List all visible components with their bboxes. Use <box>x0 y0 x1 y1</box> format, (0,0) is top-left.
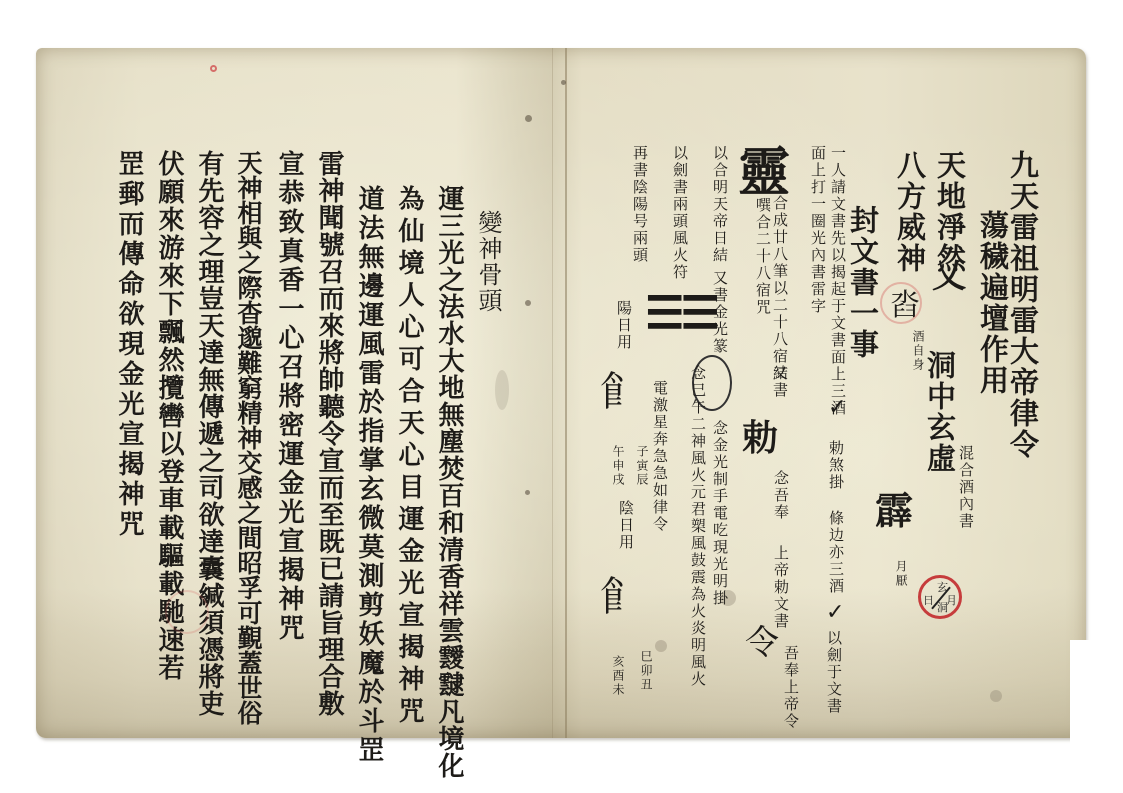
instruction-column: 再書陰陽号兩頭 <box>632 145 647 264</box>
instruction-column: 一人請文書先以揭起于文書面上三酒 <box>830 145 845 417</box>
instruction-column: 面上打一圈光內書雷字 <box>810 145 825 315</box>
yang-talisman-char: 𩙿 <box>600 360 640 417</box>
text-column: 宣恭致真香一心召將密運金光宣揭神咒 <box>276 150 302 643</box>
instruction-column: 合成廿八筆以二十八宿結 <box>772 195 787 382</box>
binding-hole <box>525 490 530 495</box>
text-column: 天神相與之際杳邈難窮精神交感之間昭孚可覲蓋世俗 <box>236 150 261 725</box>
stain <box>495 370 509 410</box>
torn-edge <box>1070 640 1100 750</box>
instruction-column: 念吾奉 <box>773 470 788 521</box>
text-column: 罡郵而傳命欲現金光宣揭神咒 <box>116 150 142 540</box>
instruction-column: 念金光制手電吃現光明掛 <box>712 420 727 607</box>
trigram-lines-icon: ☰☰ <box>645 288 716 339</box>
annotation: 混合酒內書 <box>958 445 973 530</box>
text-column: 為仙境人心可合天心目運金光宣揭神咒 <box>396 185 422 729</box>
instruction-column: 吾奉上帝令 <box>783 645 798 730</box>
text-column: 蕩穢遍壇作用 <box>978 210 1007 396</box>
instruction-column: 念巳午二神風火元君槊風鼓震為火炎明風火 <box>690 365 705 688</box>
instruction-column: 勅煞掛 <box>828 440 843 491</box>
binding-hole <box>525 300 531 306</box>
ling-talisman-char: 靈 <box>738 130 790 205</box>
check-stroke-icon: ✓ <box>826 600 844 625</box>
thunder-talisman-char: 霹 <box>875 480 913 535</box>
center-fold-shadow <box>552 48 553 738</box>
branch-list: 亥酉未 <box>612 655 624 697</box>
binding-hole <box>525 115 532 122</box>
branch-list: 子寅辰 <box>636 445 648 487</box>
cross-mark-icon: 乂 <box>932 248 966 297</box>
instruction-column: 又書 <box>772 365 787 399</box>
command-char: 令 <box>745 615 779 664</box>
text-column: 道法無邊運風雷於指掌玄微莫測剪妖魔於斗罡 <box>356 185 382 765</box>
branch-list: 巳卯丑 <box>640 650 652 692</box>
round-seal-stamp: 玄 日 月 洞 <box>918 575 962 619</box>
faint-red-mark <box>165 590 209 634</box>
text-column: 有先容之理豈天達無傳遞之司欲達囊緘須憑將吏 <box>196 150 222 717</box>
instruction-column: 以劍書兩頭風火符 <box>672 145 687 281</box>
instruction-column: 以劍于文書 <box>826 630 841 715</box>
text-column: 運三光之法水大地無塵焚百和清香祥雲靉靆凡境化 <box>436 185 462 779</box>
branch-list: 午申戌 <box>612 445 624 487</box>
stain <box>990 690 1002 702</box>
instruction-column: 電激星奔急急如律令 <box>652 380 667 533</box>
instruction-column: 以合明天帝日結 <box>712 145 727 264</box>
stain <box>655 640 667 652</box>
annotation: 酒自身 <box>912 330 924 372</box>
instruction-column: 條边亦三酒 <box>828 510 843 595</box>
red-circle-mark <box>880 282 922 324</box>
text-column: 九天雷祖明雷大帝律令 <box>1008 150 1037 460</box>
text-column: 洞中玄虛 <box>925 350 954 474</box>
center-fold <box>565 48 567 738</box>
binding-hole <box>561 80 566 85</box>
annotation: 月厭 <box>895 560 907 588</box>
red-dot <box>210 65 217 72</box>
check-stroke-icon: ✓ <box>828 395 846 420</box>
instruction-column: 噀合二十八宿咒 <box>755 197 770 316</box>
text-column: 雷神聞號召而來將帥聽令宣而至既已請旨理合敷 <box>316 150 342 717</box>
text-column: 𪎘天火雷神斬滅妖氣掃除內外濁氣不 <box>1040 150 1069 646</box>
text-column: 封文書一事 <box>848 205 877 360</box>
yin-talisman-char: 𩙿 <box>600 565 640 622</box>
instruction-column: 陰日用 <box>618 500 633 551</box>
instruction-column: 陽日用 <box>616 300 631 351</box>
text-column: 八方威神 <box>895 150 924 274</box>
section-heading: 變神骨頭 <box>476 210 500 314</box>
decree-char: 勅 <box>742 410 778 461</box>
